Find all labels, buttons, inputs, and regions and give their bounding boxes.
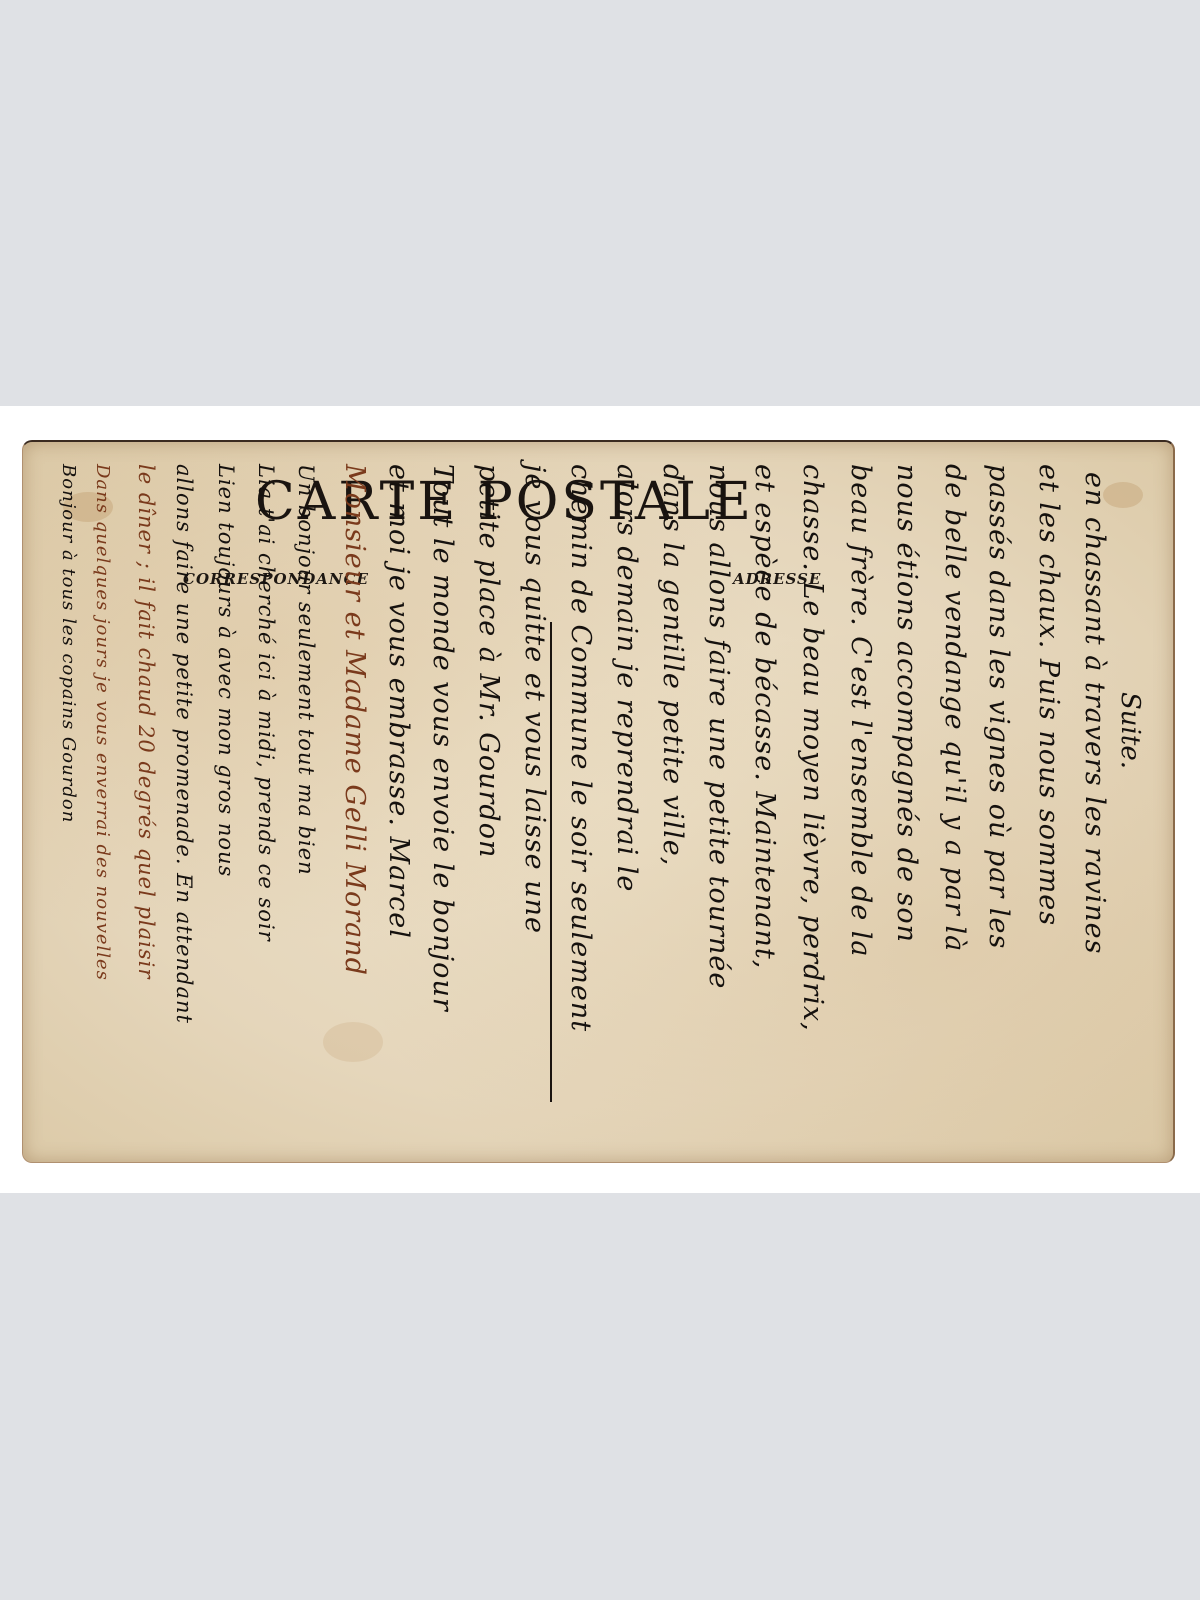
hand-line: nous allons faire une petite tournée	[705, 464, 732, 989]
hand-line: Tout le monde vous envoie le bonjour	[429, 464, 456, 1012]
hand-line: je vous quitte et vous laisse une	[521, 464, 548, 934]
hand-line: chemin de Commune le soir seulement	[567, 464, 594, 1032]
hand-line: Lia t'ai cherché ici à midi, prends ce s…	[255, 464, 276, 942]
postcard-back: CARTE POSTALE CORRESPONDANCE ADRESSE Sui…	[22, 440, 1175, 1163]
hand-line: Bonjour à tous les copains Gourdon	[59, 464, 77, 823]
hand-line: passés dans les vignes où par les	[985, 464, 1012, 949]
hand-line: le dîner ; il fait chaud 20 degrés quel …	[135, 464, 156, 979]
hand-line: en chassant à travers les ravines	[1081, 472, 1108, 954]
hand-line: Un bonjour seulement tout ma bien	[295, 464, 316, 876]
hand-line: nous étions accompagnés de son	[893, 464, 920, 943]
hand-line: et espèce de bécasse. Maintenant,	[751, 464, 778, 969]
hand-line: Lien toujours à avec mon gros nous	[215, 464, 236, 877]
underline-stroke	[550, 622, 552, 1102]
hand-line: et les chaux. Puis nous sommes	[1035, 464, 1062, 926]
hand-line: Monsieur et Madame Gelli Morand	[341, 464, 368, 976]
hand-line: et moi je vous embrasse. Marcel	[385, 464, 412, 939]
hand-line: alors demain je reprendrai le	[613, 464, 640, 892]
hand-line: allons faire une petite promenade. En at…	[173, 464, 194, 1024]
hand-line: dans la gentille petite ville,	[659, 464, 686, 866]
hand-line: beau frère. C'est l'ensemble de la	[847, 464, 874, 958]
hand-line: chasse. Le beau moyen lièvre, perdrix,	[799, 464, 826, 1032]
handwritten-message: en chassant à travers les ravines et les…	[23, 442, 1173, 1162]
hand-line: de belle vendange qu'il y a par là	[941, 464, 968, 952]
hand-line: Dans quelques jours je vous enverrai des…	[93, 464, 111, 981]
hand-line: petite place à Mr. Gourdon	[475, 464, 502, 858]
